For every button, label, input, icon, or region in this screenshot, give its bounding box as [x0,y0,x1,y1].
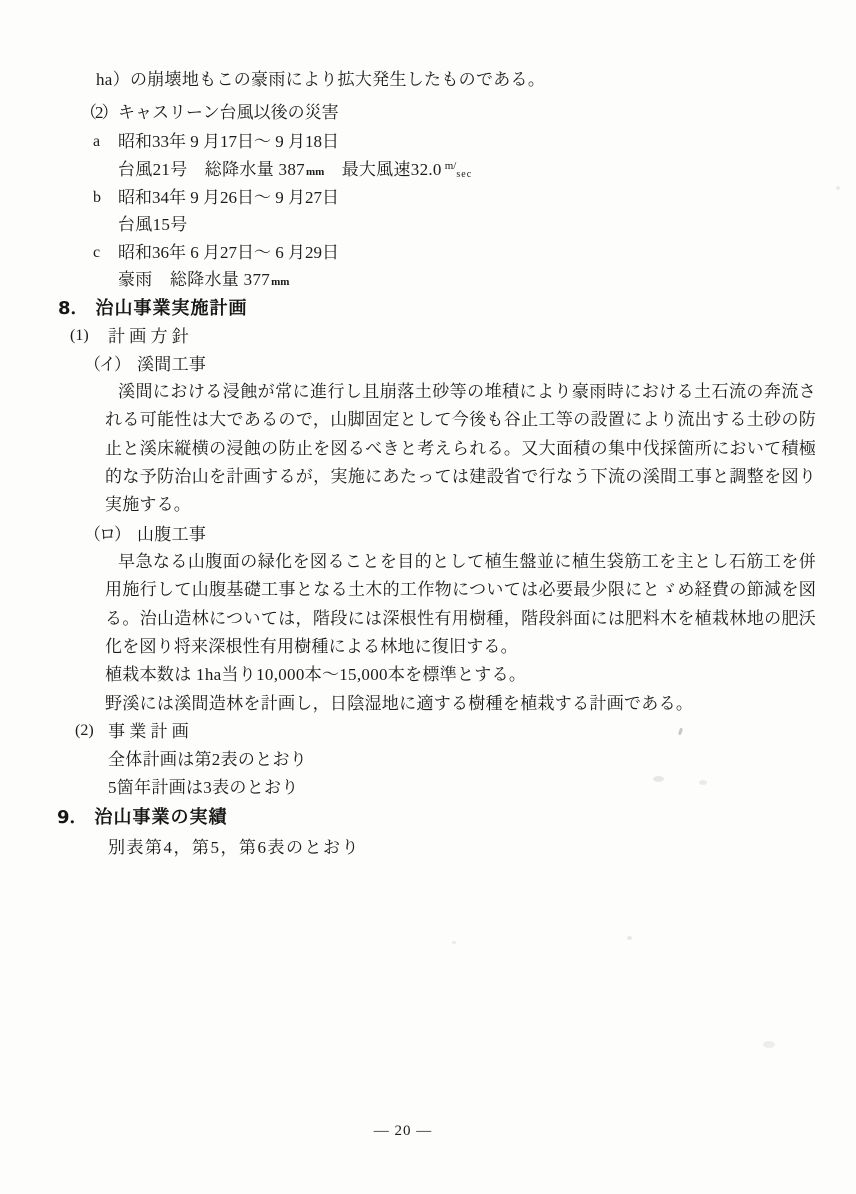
event-period: 昭和34年 9 月26日～ 9 月27日 [118,189,339,206]
document-page: ha）の崩壊地もこの豪雨により拡大発生したものである。 （2） キャスリーン台風… [0,0,856,1194]
paragraph-line: 溪間における浸蝕が常に進行し且崩落土砂等の堆積により豪雨時における土石流の奔流さ [105,378,816,406]
paragraph-line: る。治山造林については，階段には深根性有用樹種，階段斜面には肥料木を植栽林地の肥… [105,605,816,633]
event-marker-b: b [93,190,101,206]
section-9-number: 9． [57,807,88,828]
item-ro-label: （ロ） [84,525,129,544]
subsection-2-title: 事 業 計 画 [108,723,189,740]
scan-speck [653,776,664,782]
paragraph-line: 止と溪床縦横の浸蝕の防止を図るべきと考えられる。又大面積の集中伐採箇所において積… [105,435,816,463]
second-unit: sec [456,169,472,180]
paragraph-line: 早急なる山腹面の緑化を図ることを目的として植生盤並に植生袋筋工を主とし石筋工を併 [105,548,816,576]
event-detail-text: 最大風速32.0 [324,160,441,179]
subsection-1-label: (1) [70,328,89,344]
event-detail-text: 台風15号 [118,215,188,234]
valley-planting-note: 野溪には溪間造林を計画し，日陰湿地に適する樹種を植栽する計画である。 [105,695,693,712]
paragraph-line: 用施行して山腹基礎工事となる土木的工作物については必要最少限にとゞめ経費の節減を… [105,576,816,604]
scan-speck [699,780,707,785]
appendix-tables-line: 別表第4，第5，第6表のとおり [108,839,360,856]
item-i-valley-works: （イ）溪間工事 [84,356,206,373]
section-9-heading: 9．治山事業の実績 [57,809,228,827]
millimeter-unit: mm [306,166,324,178]
scan-speck [763,1041,775,1048]
overall-plan-line: 全体計画は第2表のとおり [108,751,307,768]
paragraph-continuation-line: ha）の崩壊地もこの豪雨により拡大発生したものである。 [96,71,545,88]
event-detail-text: 台風21号 総降水量 387 [118,160,305,179]
event-detail: 豪雨 総降水量 377mm [118,271,289,288]
millimeter-unit: mm [271,276,289,288]
subsection-2-label: (2) [75,723,94,739]
paragraph-line: 実施する。 [105,491,816,519]
meter-per-unit: m/ [445,160,457,172]
event-detail: 台風21号 総降水量 387mm 最大風速32.0m/sec [118,161,472,178]
scan-speck [452,941,456,944]
disaster-section-title: キャスリーン台風以後の災害 [118,104,339,121]
item-ro-hillside-works: （ロ）山腹工事 [84,526,206,543]
scan-speck [836,186,840,190]
item-ro-title: 山腹工事 [137,525,206,544]
item-i-label: （イ） [84,355,129,374]
event-marker-a: a [93,134,100,150]
valley-works-paragraph: 溪間における浸蝕が常に進行し且崩落土砂等の堆積により豪雨時における土石流の奔流さ… [105,378,816,519]
section-8-title: 治山事業実施計画 [96,298,248,319]
page-number: — 20 — [368,1124,438,1139]
disaster-section-label: （2） [80,104,117,121]
paragraph-line: 的な予防治山を計画するが，実施にあたっては建設省で行なう下流の溪間工事と調整を図… [105,463,816,491]
event-detail: 台風15号 [118,216,188,233]
item-i-title: 溪間工事 [137,355,206,374]
five-year-plan-line: 5箇年計画は3表のとおり [108,779,299,796]
hillside-works-paragraph: 早急なる山腹面の緑化を図ることを目的として植生盤並に植生袋筋工を主とし石筋工を併… [105,548,816,661]
event-period: 昭和33年 9 月17日～ 9 月18日 [118,133,339,150]
event-marker-c: c [93,245,100,261]
subsection-1-title: 計 画 方 針 [108,328,189,345]
event-period: 昭和36年 6 月27日～ 6 月29日 [118,244,339,261]
section-8-heading: 8．治山事業実施計画 [58,300,248,318]
planting-density-note: 植栽本数は 1ha当り10,000本～15,000本を標準とする。 [105,666,526,683]
scan-speck [678,728,683,736]
scan-speck [627,936,632,940]
paragraph-line: 化を図り将来深根性有用樹種による林地に復旧する。 [105,633,816,661]
paragraph-line: れる可能性は大であるので，山脚固定として今後も谷止工等の設置により流出する土砂の… [105,406,816,434]
section-9-title: 治山事業の実績 [95,807,228,828]
section-8-number: 8． [58,298,89,319]
event-detail-text: 豪雨 総降水量 377 [118,270,270,289]
